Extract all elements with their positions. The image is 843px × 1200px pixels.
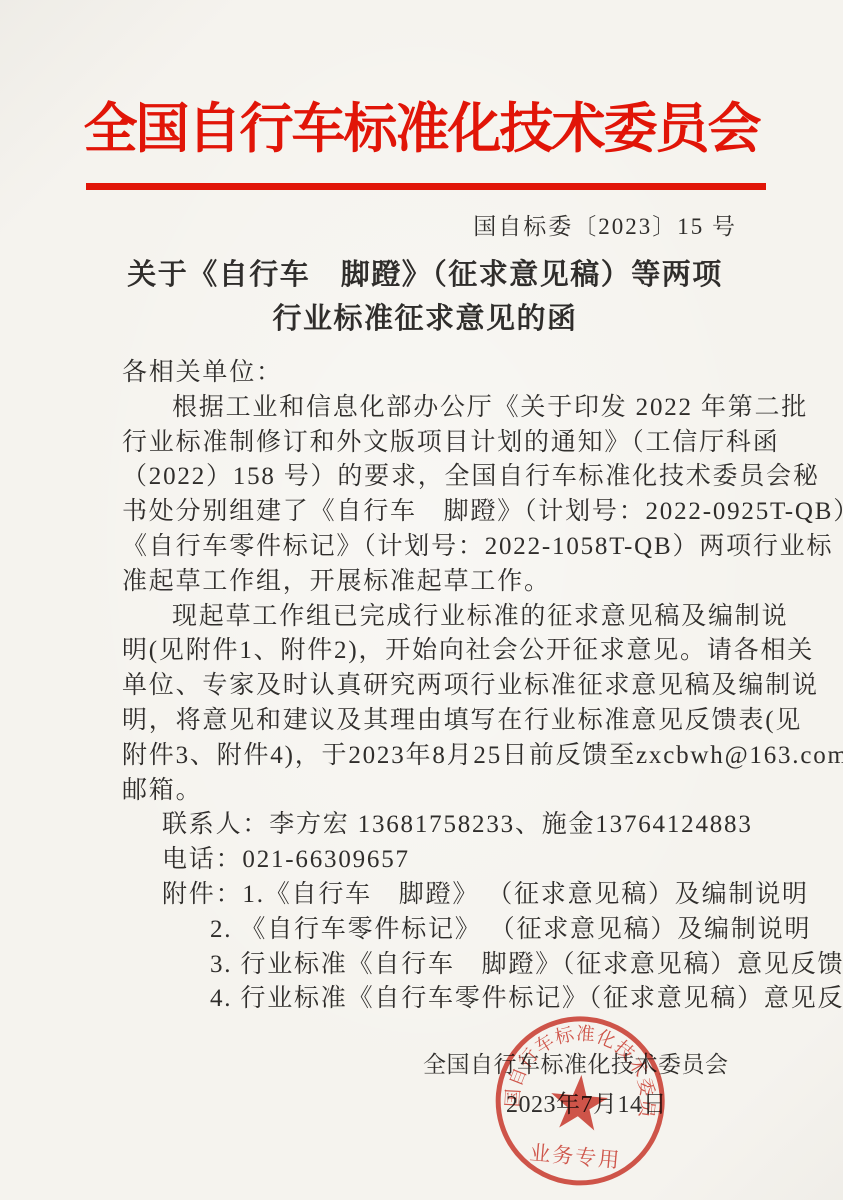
body-line: 书处分别组建了《自行车 脚蹬》（计划号：2022-0925T-QB） <box>122 495 782 530</box>
contact-phone-line: 电话：021-66309657 <box>122 843 782 878</box>
attachment-item: 1.《自行车 脚蹬》 （征求意见稿）及编制说明 <box>242 881 808 908</box>
body-line: 邮箱。 <box>122 774 782 809</box>
letterhead-red-rule <box>86 183 766 190</box>
seal-bottom-text: 业务专用 <box>528 1141 622 1173</box>
attachment-item: 2. 《自行车零件标记》 （征求意见稿）及编制说明 <box>122 913 782 948</box>
body-line: 现起草工作组已完成行业标准的征求意见稿及编制说 <box>122 600 782 635</box>
attachments-label: 附件： <box>162 881 242 908</box>
attachment-item: 3. 行业标准《自行车 脚蹬》（征求意见稿）意见反馈表 <box>122 948 782 983</box>
attachment-item: 4. 行业标准《自行车零件标记》（征求意见稿）意见反馈表 <box>122 982 782 1017</box>
document-title-line2: 行业标准征求意见的函 <box>0 296 843 337</box>
body-line: 行业标准制修订和外文版项目计划的通知》（工信厅科函 <box>122 426 782 461</box>
seal-star-icon <box>548 1072 610 1131</box>
body-line: 准起草工作组，开展标准起草工作。 <box>122 565 782 600</box>
body-line: 《自行车零件标记》（计划号：2022-1058T-QB）两项行业标 <box>122 530 782 565</box>
document-number: 国自标委〔2023〕15 号 <box>0 208 737 241</box>
document-title-line1: 关于《自行车 脚蹬》（征求意见稿）等两项 <box>0 252 843 293</box>
letter-body: 各相关单位： 根据工业和信息化部办公厅《关于印发 2022 年第二批 行业标准制… <box>122 356 782 1017</box>
body-line: 根据工业和信息化部办公厅《关于印发 2022 年第二批 <box>122 391 782 426</box>
attachments-first-line: 附件：1.《自行车 脚蹬》 （征求意见稿）及编制说明 <box>122 878 782 913</box>
body-line: 单位、专家及时认真研究两项行业标准征求意见稿及编制说 <box>122 669 782 704</box>
body-line: 明，将意见和建议及其理由填写在行业标准意见反馈表(见 <box>122 704 782 739</box>
body-line: 明(见附件1、附件2)，开始向社会公开征求意见。请各相关 <box>122 634 782 669</box>
official-seal: 全国自行车标准化技术委员会 业务专用 <box>484 1005 677 1200</box>
contact-person-line: 联系人：李方宏 13681758233、施金13764124883 <box>122 808 782 843</box>
body-line: （2022）158 号）的要求，全国自行车标准化技术委员会秘 <box>122 460 782 495</box>
body-line: 附件3、附件4)，于2023年8月25日前反馈至zxcbwh@163.com <box>122 739 782 774</box>
letterhead-org-name: 全国自行车标准化技术委员会 <box>0 86 843 163</box>
salutation: 各相关单位： <box>122 356 782 391</box>
